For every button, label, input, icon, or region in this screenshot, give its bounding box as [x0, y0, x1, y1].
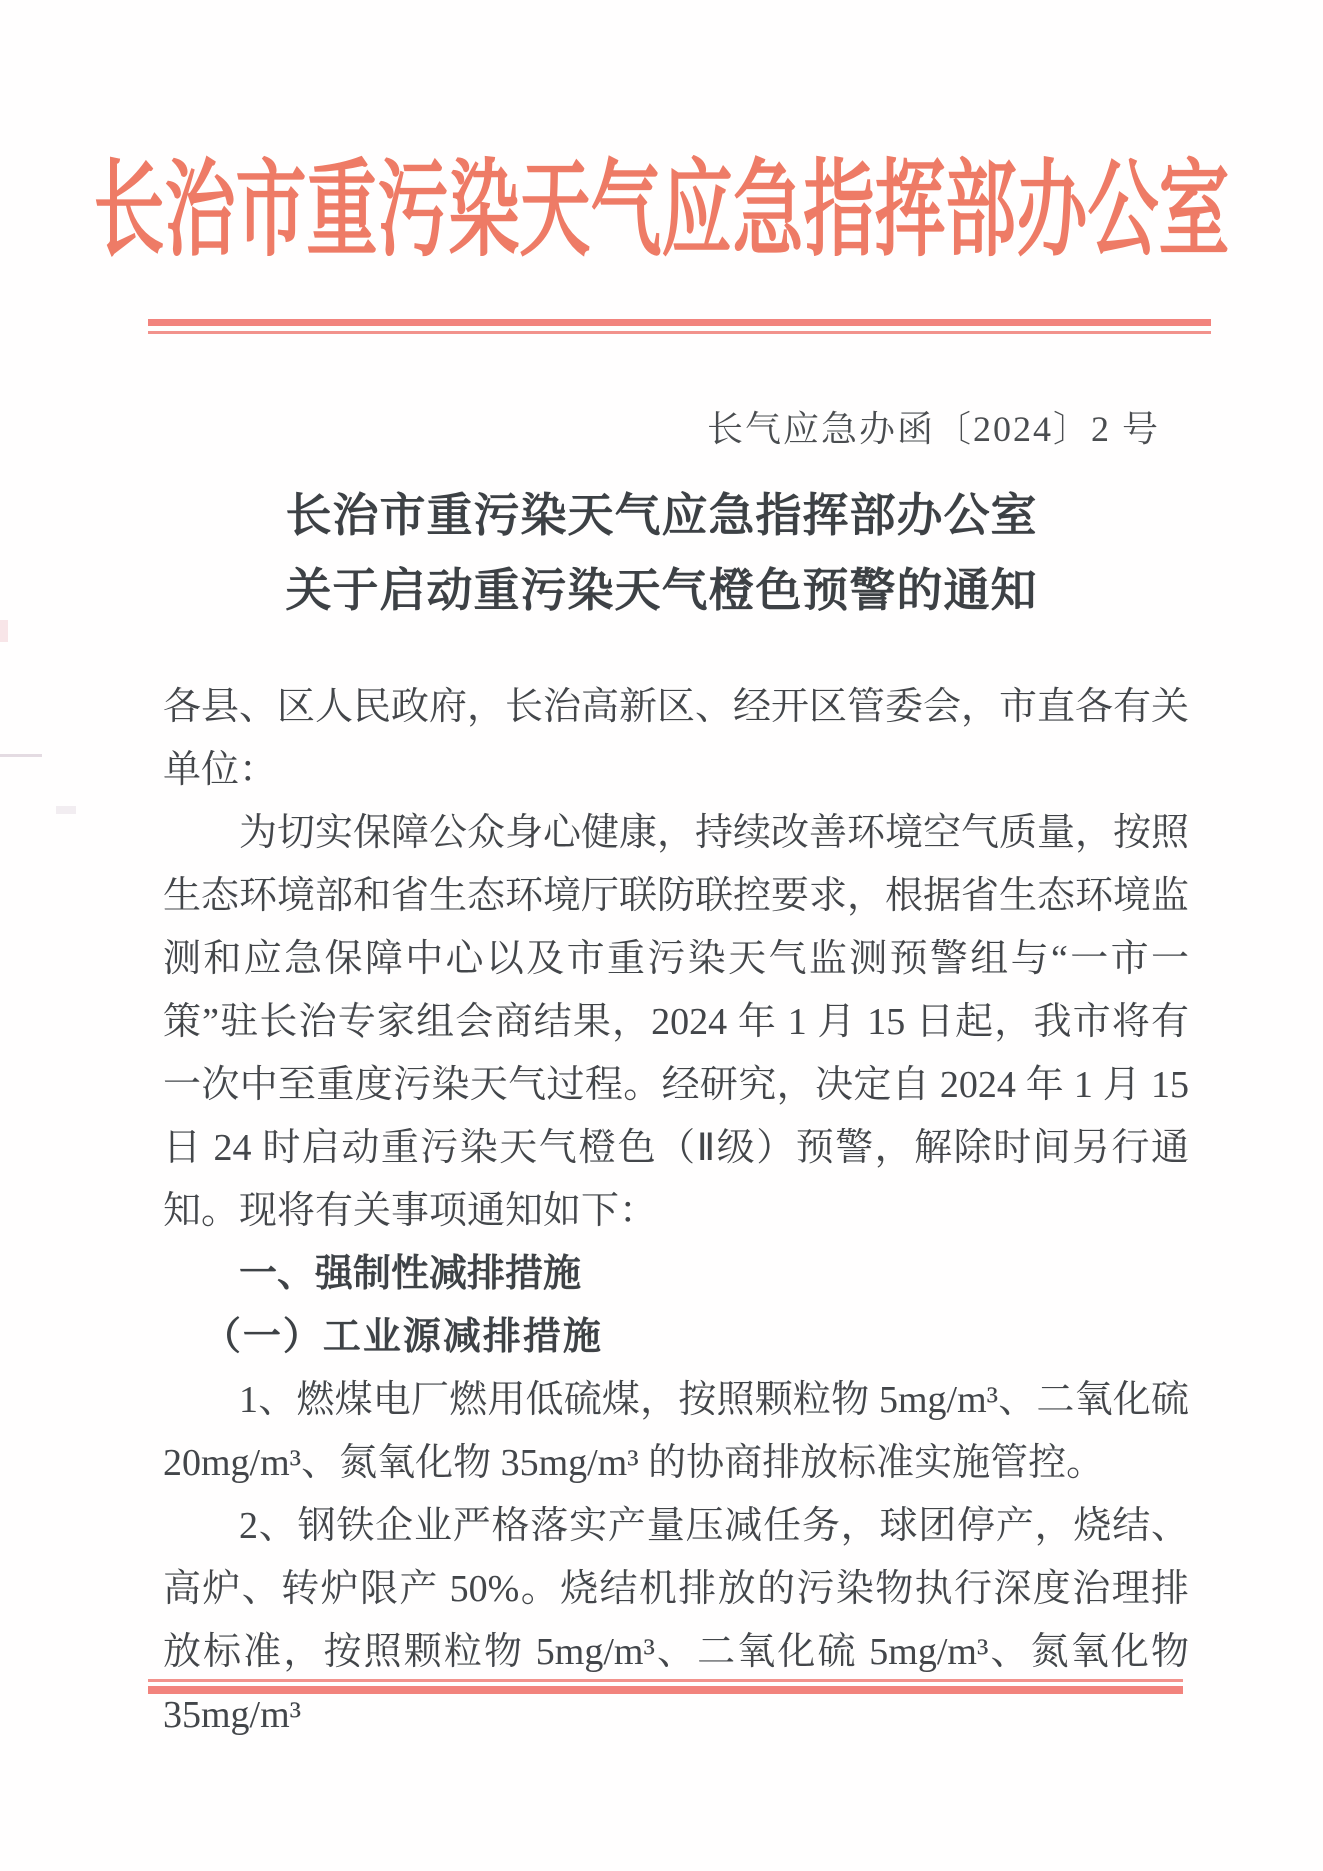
paragraph-background: 为切实保障公众身心健康，持续改善环境空气质量，按照生态环境部和省生态环境厅联防联… [163, 802, 1189, 1243]
page-footer-divider [148, 1679, 1183, 1694]
notice-title-line2: 关于启动重污染天气橙色预警的通知 [0, 553, 1323, 628]
notice-body: 各县、区人民政府，长治高新区、经开区管委会，市直各有关单位： 为切实保障公众身心… [163, 676, 1189, 1747]
letterhead-org-title: 长治市重污染天气应急指挥部办公室 [0, 150, 1323, 280]
salutation: 各县、区人民政府，长治高新区、经开区管委会，市直各有关单位： [163, 676, 1189, 802]
letterhead-divider-thin-line [148, 331, 1211, 334]
scan-artifact [0, 754, 42, 757]
notice-title-line1: 长治市重污染天气应急指挥部办公室 [0, 478, 1323, 553]
scan-artifact [56, 806, 76, 814]
footer-divider-thick-line [148, 1686, 1183, 1694]
scanned-official-notice-page: 长治市重污染天气应急指挥部办公室 长气应急办函〔2024〕2 号 长治市重污染天… [0, 0, 1323, 1871]
measure-item-2-steel: 2、钢铁企业严格落实产量压减任务，球团停产，烧结、高炉、转炉限产 50%。烧结机… [163, 1495, 1189, 1747]
section-heading-mandatory-measures: 一、强制性减排措施 [163, 1243, 1189, 1306]
letterhead-org-title-text: 长治市重污染天气应急指挥部办公室 [93, 116, 1229, 308]
letterhead-divider [148, 319, 1211, 334]
document-reference-number: 长气应急办函〔2024〕2 号 [707, 401, 1160, 452]
measure-item-1-coal-power: 1、燃煤电厂燃用低硫煤，按照颗粒物 5mg/m³、二氧化硫 20mg/m³、氮氧… [163, 1369, 1189, 1495]
notice-title: 长治市重污染天气应急指挥部办公室 关于启动重污染天气橙色预警的通知 [0, 478, 1323, 628]
subsection-heading-industrial-sources: （一）工业源减排措施 [163, 1306, 1189, 1369]
letterhead-divider-thick-line [148, 319, 1211, 326]
scan-artifact [0, 620, 8, 642]
